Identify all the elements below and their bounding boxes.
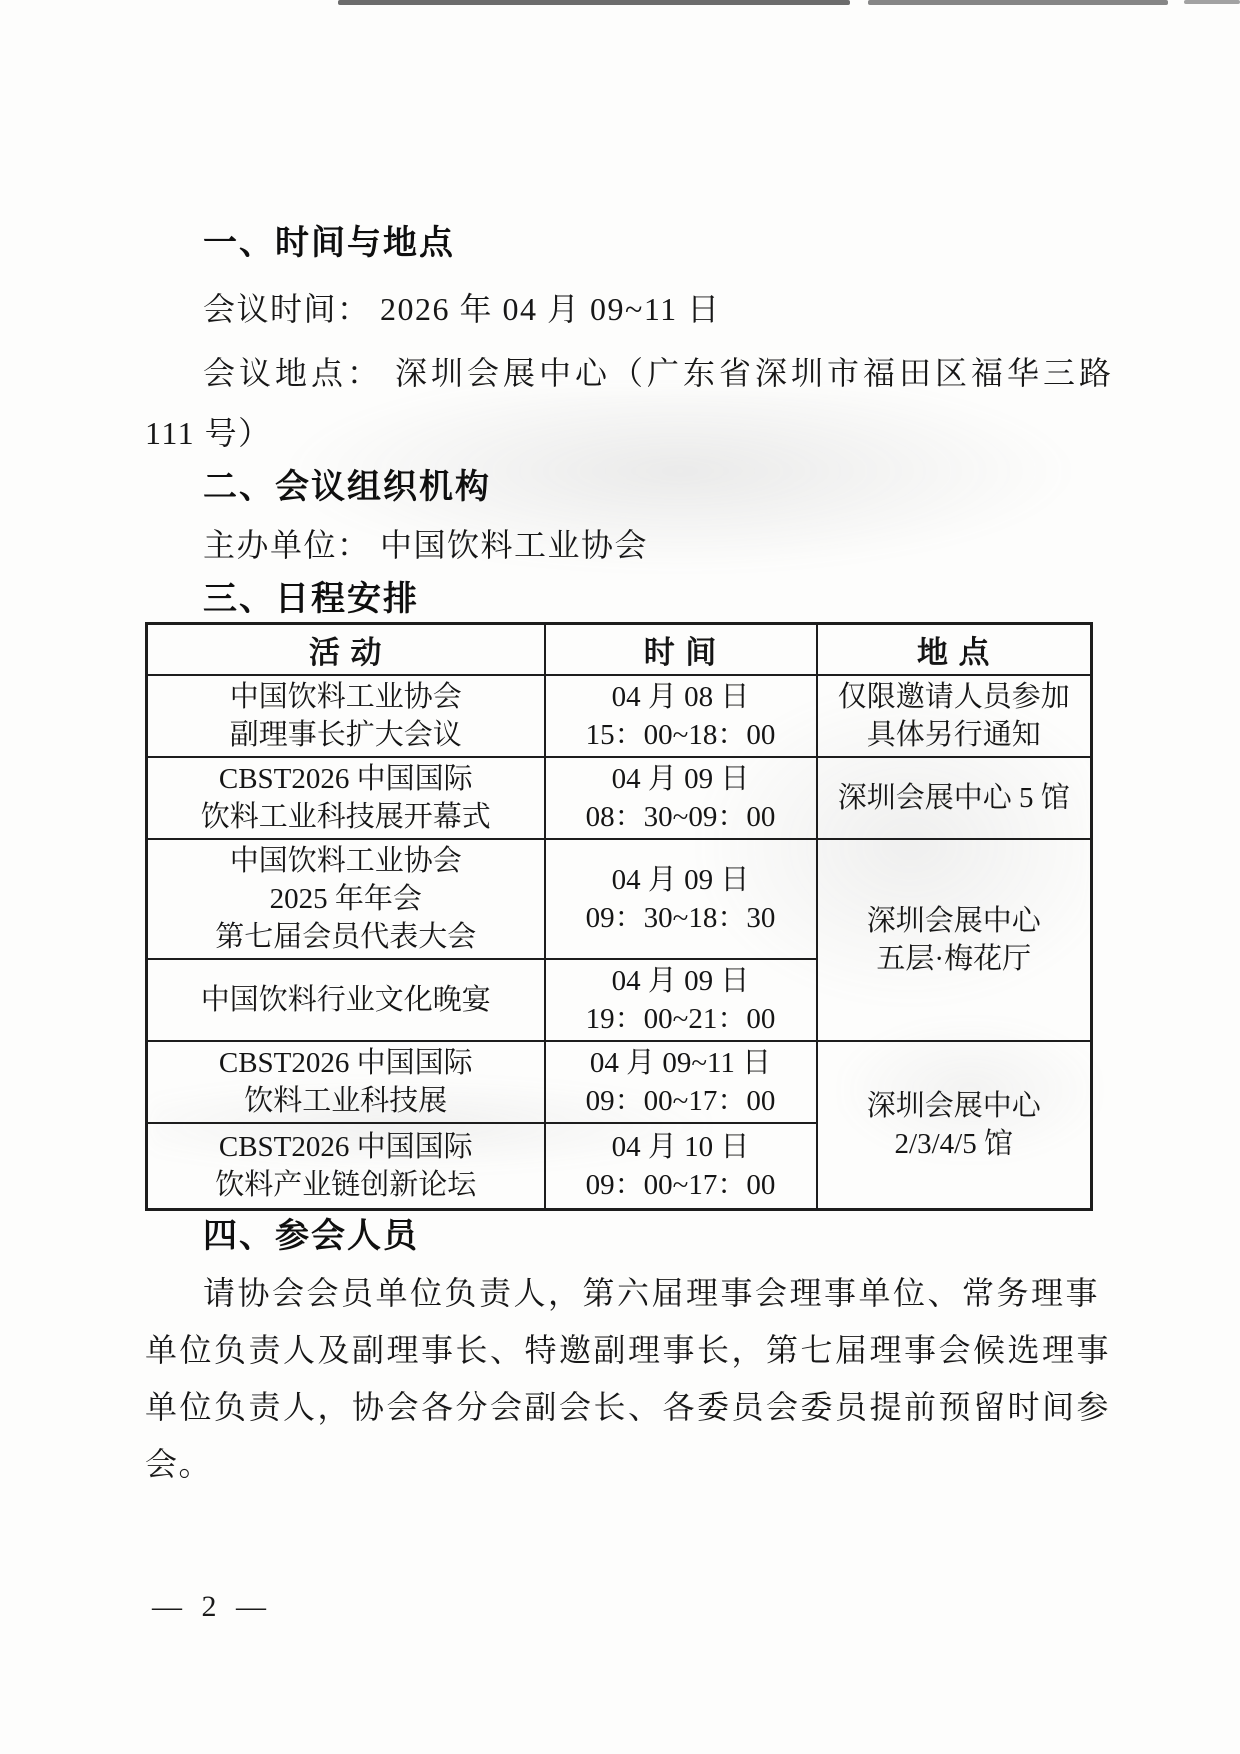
participants-paragraph-line: 单位负责人及副理事长、特邀副理事长，第七届理事会候选理事: [145, 1329, 1111, 1371]
cell-activity: CBST2026 中国国际 饮料工业科技展: [147, 1041, 545, 1123]
cell-line: 2/3/4/5 馆: [822, 1125, 1087, 1163]
scan-edge-artifact: [338, 0, 850, 5]
cell-line: CBST2026 中国国际: [152, 1128, 540, 1166]
cell-line: 中国饮料工业协会: [152, 842, 540, 880]
cell-activity: CBST2026 中国国际 饮料产业链创新论坛: [147, 1123, 545, 1209]
cell-time: 04 月 09 日 08：30~09：00: [545, 757, 817, 839]
cell-line: 09：00~17：00: [550, 1082, 812, 1120]
schedule-header-row: 活 动 时 间 地 点: [147, 624, 1092, 676]
cell-line: 04 月 09~11 日: [550, 1044, 812, 1082]
page-number: — 2 —: [152, 1590, 272, 1624]
schedule-row-2: CBST2026 中国国际 饮料工业科技展开幕式 04 月 09 日 08：30…: [147, 757, 1092, 839]
cell-line: 中国饮料行业文化晚宴: [152, 981, 540, 1019]
schedule-row-5: CBST2026 中国国际 饮料工业科技展 04 月 09~11 日 09：00…: [147, 1041, 1092, 1123]
cell-activity: 中国饮料工业协会 副理事长扩大会议: [147, 675, 545, 757]
cell-activity: CBST2026 中国国际 饮料工业科技展开幕式: [147, 757, 545, 839]
cell-line: 15：00~18：00: [550, 716, 812, 754]
cell-location-merged: 深圳会展中心 五层·梅花厅: [817, 839, 1092, 1041]
participants-paragraph-line: 单位负责人，协会各分会副会长、各委员会委员提前预留时间参: [145, 1386, 1111, 1428]
section-heading-participants: 四、参会人员: [203, 1215, 419, 1257]
section-heading-organizer: 二、会议组织机构: [203, 466, 491, 508]
cell-line: 04 月 09 日: [550, 760, 812, 798]
cell-line: 饮料工业科技展开幕式: [152, 798, 540, 836]
cell-activity: 中国饮料行业文化晚宴: [147, 959, 545, 1041]
cell-line: CBST2026 中国国际: [152, 1044, 540, 1082]
cell-line: 饮料产业链创新论坛: [152, 1166, 540, 1204]
organizer-line: 主办单位： 中国饮料工业协会: [203, 524, 648, 566]
cell-location: 仅限邀请人员参加 具体另行通知: [817, 675, 1092, 757]
cell-line: 08：30~09：00: [550, 798, 812, 836]
participants-paragraph-line: 会。: [145, 1443, 212, 1485]
cell-line: 仅限邀请人员参加: [822, 678, 1087, 716]
meeting-time-line: 会议时间： 2026 年 04 月 09~11 日: [203, 288, 721, 330]
cell-line: 副理事长扩大会议: [152, 716, 540, 754]
cell-time: 04 月 09 日 19：00~21：00: [545, 959, 817, 1041]
scan-edge-artifact: [868, 0, 1168, 5]
cell-location: 深圳会展中心 5 馆: [817, 757, 1092, 839]
cell-time: 04 月 10 日 09：00~17：00: [545, 1123, 817, 1209]
cell-line: 第七届会员代表大会: [152, 918, 540, 956]
section-heading-time-place: 一、时间与地点: [203, 222, 455, 264]
cell-line: 04 月 09 日: [550, 861, 812, 899]
meeting-place-line-1: 会议地点： 深圳会展中心（广东省深圳市福田区福华三路: [203, 352, 1115, 394]
meeting-place-line-2: 111 号）: [145, 412, 272, 454]
cell-line: 具体另行通知: [822, 716, 1087, 754]
schedule-table: 活 动 时 间 地 点 中国饮料工业协会 副理事长扩大会议 04 月 08 日 …: [145, 622, 1093, 1211]
header-activity: 活 动: [147, 624, 545, 676]
cell-line: CBST2026 中国国际: [152, 760, 540, 798]
scan-edge-artifact: [1184, 0, 1240, 4]
schedule-row-1: 中国饮料工业协会 副理事长扩大会议 04 月 08 日 15：00~18：00 …: [147, 675, 1092, 757]
cell-line: 饮料工业科技展: [152, 1082, 540, 1120]
cell-line: 09：30~18：30: [550, 899, 812, 937]
cell-line: 2025 年年会: [152, 880, 540, 918]
cell-line: 五层·梅花厅: [822, 940, 1087, 978]
document-page: 一、时间与地点 会议时间： 2026 年 04 月 09~11 日 会议地点： …: [0, 0, 1240, 1754]
cell-line: 中国饮料工业协会: [152, 678, 540, 716]
cell-line: 深圳会展中心 5 馆: [822, 779, 1087, 817]
cell-line: 04 月 08 日: [550, 678, 812, 716]
header-time: 时 间: [545, 624, 817, 676]
cell-line: 19：00~21：00: [550, 1000, 812, 1038]
schedule-row-3: 中国饮料工业协会 2025 年年会 第七届会员代表大会 04 月 09 日 09…: [147, 839, 1092, 959]
cell-line: 09：00~17：00: [550, 1166, 812, 1204]
cell-activity: 中国饮料工业协会 2025 年年会 第七届会员代表大会: [147, 839, 545, 959]
cell-line: 04 月 10 日: [550, 1128, 812, 1166]
cell-time: 04 月 08 日 15：00~18：00: [545, 675, 817, 757]
cell-line: 深圳会展中心: [822, 1087, 1087, 1125]
cell-line: 04 月 09 日: [550, 962, 812, 1000]
section-heading-schedule: 三、日程安排: [203, 578, 419, 620]
header-location: 地 点: [817, 624, 1092, 676]
cell-time: 04 月 09 日 09：30~18：30: [545, 839, 817, 959]
cell-location-merged: 深圳会展中心 2/3/4/5 馆: [817, 1041, 1092, 1209]
participants-paragraph-line: 请协会会员单位负责人，第六届理事会理事单位、常务理事: [203, 1272, 1100, 1314]
cell-line: 深圳会展中心: [822, 902, 1087, 940]
cell-time: 04 月 09~11 日 09：00~17：00: [545, 1041, 817, 1123]
